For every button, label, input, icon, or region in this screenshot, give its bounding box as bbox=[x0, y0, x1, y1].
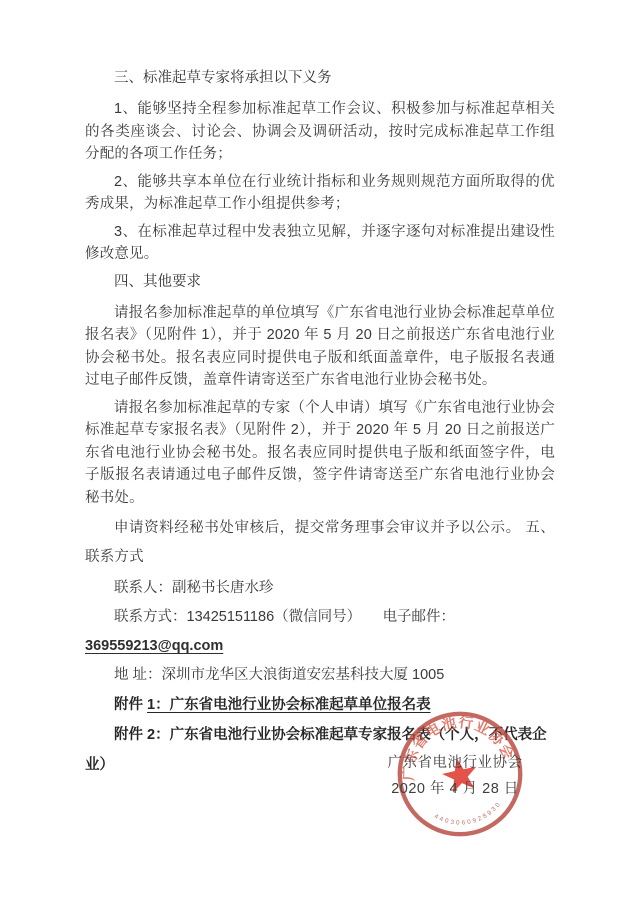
document-page: 三、标准起草专家将承担以下义务 1、能够坚持全程参加标准起草工作会议、积极参加与… bbox=[0, 0, 640, 906]
contact-address-line: 地 址：深圳市龙华区大浪街道安宏基科技大厦 1005 bbox=[85, 661, 555, 690]
obligation-item-1: 1、能够坚持全程参加标准起草工作会议、积极参加与标准起草相关的各类座谈会、讨论会… bbox=[85, 98, 555, 166]
obligation-item-2: 2、能够共享本单位在行业统计指标和业务规则规范方面所取得的优秀成果，为标准起草工… bbox=[85, 171, 555, 216]
signature-org-name: 广东省电池行业协会 bbox=[384, 750, 526, 776]
document-body: 三、标准起草专家将承担以下义务 1、能够坚持全程参加标准起草工作会议、积极参加与… bbox=[85, 67, 555, 780]
contact-person-line: 联系人：副秘书长唐水珍 bbox=[85, 574, 555, 603]
requirement-paragraph-unit: 请报名参加标准起草的单位填写《广东省电池行业协会标准起草单位报名表》（见附件 1… bbox=[85, 302, 555, 392]
section-heading-obligations: 三、标准起草专家将承担以下义务 bbox=[85, 67, 555, 89]
section-heading-other-requirements: 四、其他要求 bbox=[85, 271, 555, 293]
review-and-contact-heading-paragraph: 申请资料经秘书处审核后，提交常务理事会审议并予以公示。 五、联系方式 bbox=[85, 514, 555, 572]
attachment-1-prefix: 附件 bbox=[114, 697, 147, 713]
seal-serial-number: 4403060928930 bbox=[432, 799, 506, 833]
obligation-item-3: 3、在标准起草过程中发表独立见解，并逐字逐句对标准提出建设性修改意见。 bbox=[85, 221, 555, 266]
signature-block: 广东省电池行业协会 2020 年 4 月 28 日 bbox=[384, 750, 526, 802]
signature-date: 2020 年 4 月 28 日 bbox=[384, 776, 526, 802]
email-link[interactable]: 369559213@qq.com bbox=[85, 638, 223, 654]
contact-phone-line: 联系方式：13425151186（微信同号） 电子邮件： 369559213@q… bbox=[85, 603, 555, 661]
contact-phone-text: 联系方式：13425151186（微信同号） bbox=[114, 609, 361, 625]
email-label: 电子邮件： bbox=[383, 609, 456, 625]
attachment-1-title: 1：广东省电池行业协会标准起草单位报名表 bbox=[147, 697, 431, 713]
requirement-paragraph-expert: 请报名参加标准起草的专家（个人申请）填写《广东省电池行业协会标准起草专家报名表》… bbox=[85, 397, 555, 510]
